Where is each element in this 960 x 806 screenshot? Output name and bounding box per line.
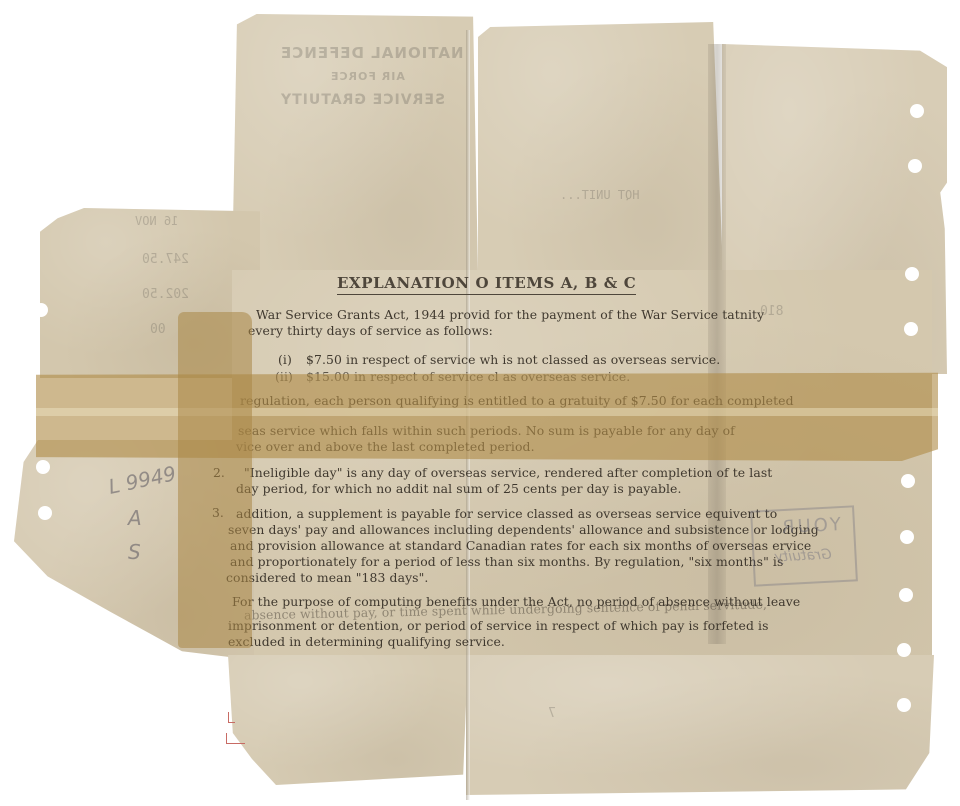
punch-hole-icon [910,104,924,118]
section-3-line: addition, a supplement is payable for se… [236,506,777,521]
item-marker: (i) [278,352,292,367]
bleed-through-subheader: AIR FORCE [330,70,405,83]
punch-hole-icon [900,530,914,544]
paper-fragment-top-middle [478,22,723,272]
item-text: $7.50 in respect of service wh is not cl… [306,352,720,367]
section-4-line: excluded in determining qualifying servi… [228,634,505,649]
punch-hole-icon [908,159,922,173]
punch-hole-icon [897,698,911,712]
bleed-through-title: SERVICE GRATUITY [280,92,445,108]
pencil-note: A [128,506,142,530]
stamp-text: YOUR [778,514,841,538]
red-mark [226,733,245,744]
stamp-text: Gratuity [774,547,832,566]
section-4-line: imprisonment or detention, or period of … [228,618,769,633]
punch-hole-icon [36,460,50,474]
punch-hole-icon [34,303,48,317]
section-3-line: and proportionately for a period of less… [230,554,783,569]
document-title: EXPLANATION O ITEMS A, B & C [337,274,636,295]
pencil-note: S [128,540,141,564]
scanned-document: NATIONAL DEFENCE AIR FORCE SERVICE GRATU… [0,0,960,806]
bleed-through-amount: 247.50 [142,252,189,267]
punch-hole-icon [904,322,918,336]
intro-line: War Service Grants Act, 1944 provid for … [256,307,764,322]
faint-stamp: YOUR Gratuity [750,505,858,586]
section-2-line: "Ineligible day" is any day of overseas … [244,465,772,480]
bleed-through-header: NATIONAL DEFENCE [280,44,464,62]
punch-hole-icon [899,588,913,602]
paper-fragment-bottom-right [466,655,934,795]
intro-line: every thirty days of service as follows: [248,323,493,338]
section-3-line: seven days' pay and allowances including… [228,522,819,537]
bleed-through-amount: 00 [150,322,166,337]
bleed-through-unit: HQT UNIT... [560,188,639,202]
bleed-through-bottom-mark: 7 [548,706,556,721]
punch-hole-icon [905,267,919,281]
paper-fragment-bottom-left [228,655,468,785]
tape-crease [36,408,938,416]
section-3-line: and provision allowance at standard Cana… [230,538,811,553]
red-mark [228,712,235,723]
punch-hole-icon [38,506,52,520]
bleed-through-amount: 202.50 [142,287,189,302]
punch-hole-icon [897,643,911,657]
section-3-line: considered to mean "183 days". [226,570,428,585]
vertical-tape-strip [178,312,252,648]
punch-hole-icon [901,474,915,488]
bleed-through-date: 16 NOV [135,214,178,228]
section-2-line: day period, for which no addit nal sum o… [236,481,682,496]
